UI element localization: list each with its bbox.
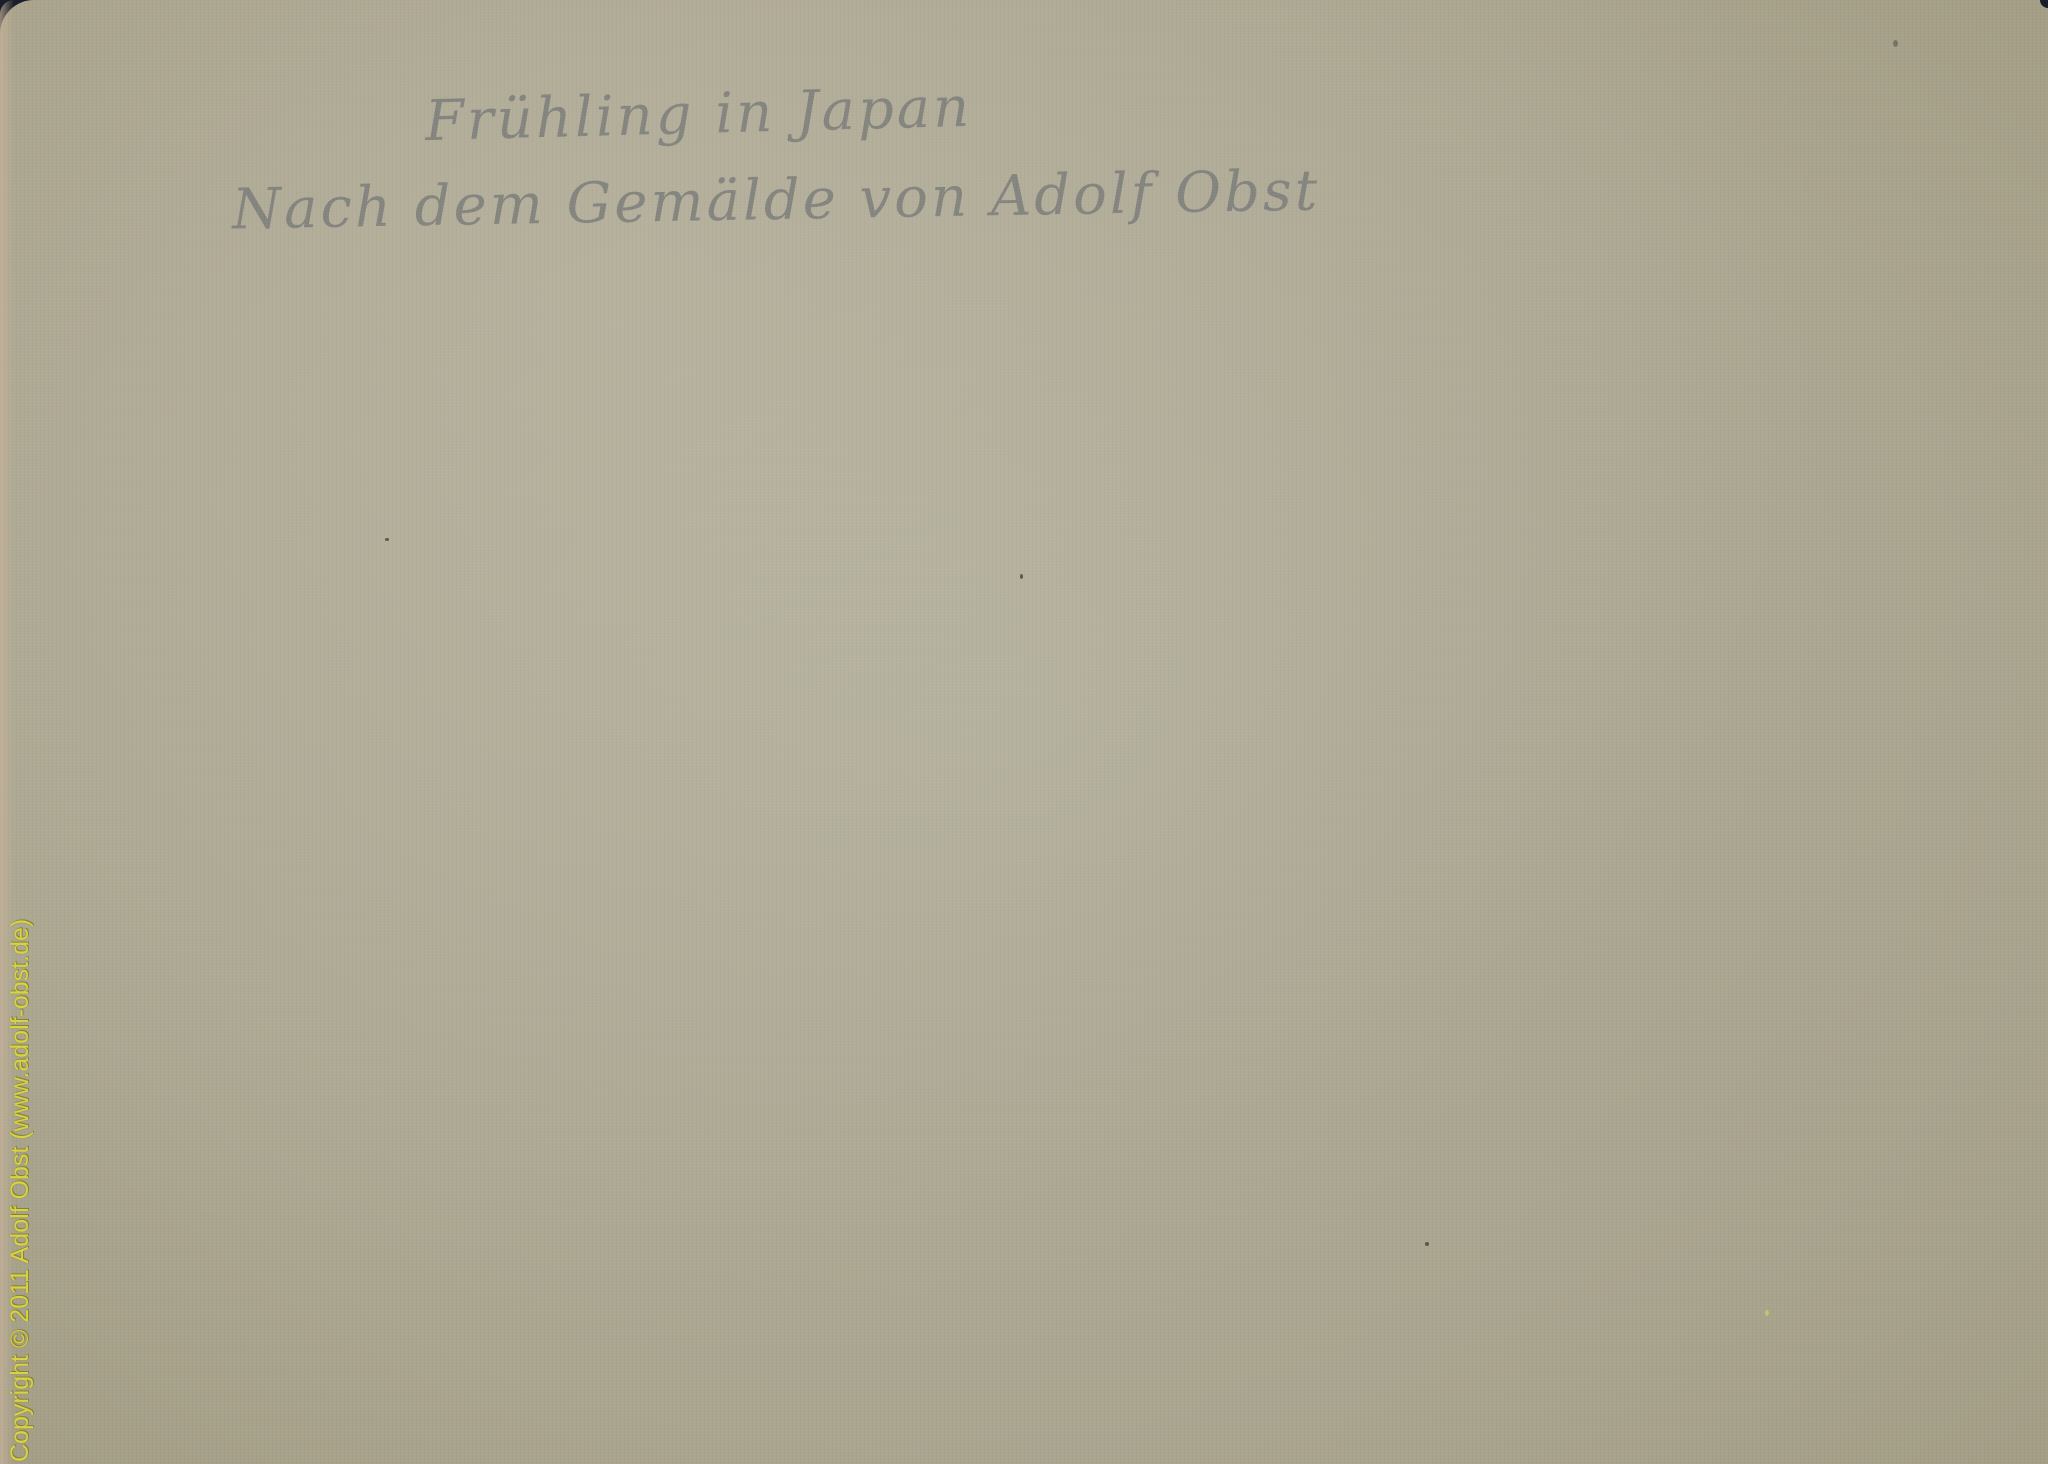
paper-speck xyxy=(385,538,389,541)
paper-speck xyxy=(1765,1310,1769,1316)
card-back: Frühling in Japan Nach dem Gemälde von A… xyxy=(0,0,2048,1464)
paper-speck xyxy=(1893,40,1898,47)
handwritten-attribution: Nach dem Gemälde von Adolf Obst xyxy=(232,159,1321,243)
paper-speck xyxy=(1020,574,1023,579)
paper-speck xyxy=(1425,1242,1429,1246)
handwritten-title: Frühling in Japan xyxy=(424,75,973,154)
copyright-watermark: Copyright © 2011 Adolf Obst (www.adolf-o… xyxy=(6,919,35,1462)
